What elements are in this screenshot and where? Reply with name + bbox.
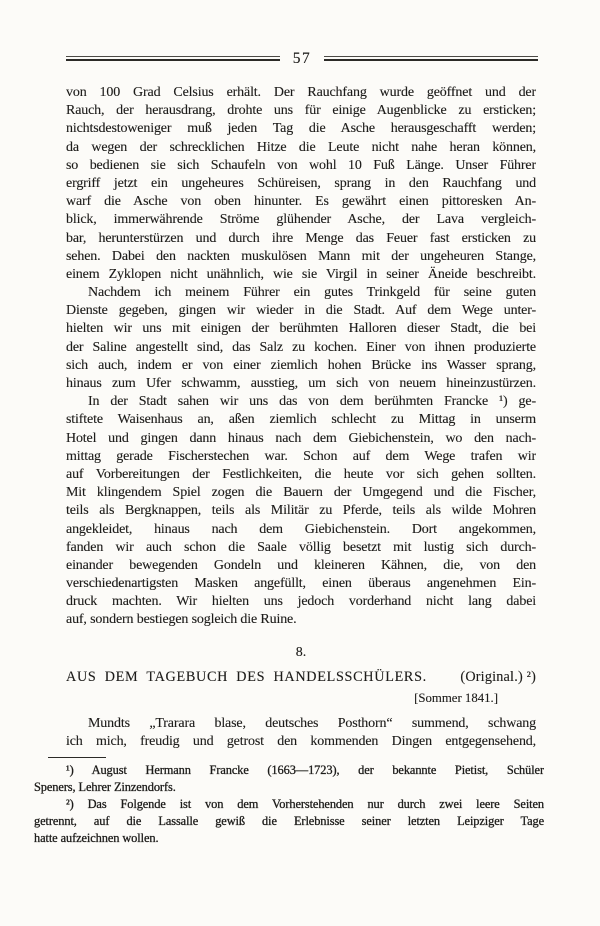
book-page: 57 von 100 Grad Celsius erhält. Der Rauc… — [0, 0, 600, 926]
section-title: AUS DEM TAGEBUCH DES HANDELSSCHÜLERS. (O… — [66, 667, 536, 687]
text-line: hielten wir uns mit einigen der berühmte… — [66, 320, 536, 338]
text-line: druck machten. Wir hielten uns jedoch vo… — [66, 593, 536, 611]
text-line: hinaus zum Ufer schwamm, ausstieg, um si… — [66, 375, 536, 393]
text-line: fanden wir auch schon die Saale völlig b… — [66, 539, 536, 557]
text-line: Hotel und gingen dann hinaus nach dem Gi… — [66, 430, 536, 448]
section-title-suffix: (Original.) ²) — [460, 667, 536, 687]
section-opening-paragraph: Mundts „Trarara blase, deutsches Posthor… — [66, 715, 536, 751]
text-line: da wegen der schrecklichen Hitze die Leu… — [66, 139, 536, 157]
text-line: einem Zyklopen nicht unähnlich, wie sie … — [66, 266, 536, 284]
text-line: Mit klingendem Spiel zogen die Bauern de… — [66, 484, 536, 502]
text-line: ¹) August Hermann Francke (1663—1723), d… — [34, 762, 544, 779]
footnote-separator-rule — [48, 757, 106, 758]
paragraph: Mundts „Trarara blase, deutsches Posthor… — [66, 715, 536, 751]
header-rule-right — [324, 56, 538, 61]
text-line: teils als Bergknappen, teils als Militär… — [66, 502, 536, 520]
body-paragraphs: von 100 Grad Celsius erhält. Der Rauchfa… — [66, 84, 536, 630]
text-line: ²) Das Folgende ist von dem Vorherstehen… — [34, 796, 544, 813]
text-line: nichtsdestoweniger muß jeden Tag die Asc… — [66, 120, 536, 138]
text-line: Rauch, der herausdrang, drohte uns für e… — [66, 102, 536, 120]
text-line: auf Vorbereitungen der Festlichkeiten, d… — [66, 466, 536, 484]
paragraph: Nachdem ich meinem Führer ein gutes Trin… — [66, 284, 536, 393]
page-number: 57 — [280, 49, 325, 68]
text-line: so bedienen sie sich Schaufeln von wohl … — [66, 157, 536, 175]
section-date: [Sommer 1841.] — [66, 690, 536, 707]
text-line: Dienste gegeben, gingen wir wieder in di… — [66, 302, 536, 320]
text-line: Mundts „Trarara blase, deutsches Posthor… — [66, 715, 536, 733]
text-line: sich auch, indem er von einer ziemlich h… — [66, 357, 536, 375]
text-line: angekleidet, hinaus nach dem Giebichenst… — [66, 521, 536, 539]
paragraph: ¹) August Hermann Francke (1663—1723), d… — [34, 762, 544, 796]
text-line: mittag gerade Fischerstechen war. Schon … — [66, 448, 536, 466]
text-line: verschiedenartigsten Masken angefüllt, e… — [66, 575, 536, 593]
text-line: warf die Asche von oben hinunter. Es gew… — [66, 193, 536, 211]
text-line: blick, immerwährende Ströme glühender As… — [66, 211, 536, 229]
running-head: 57 — [0, 0, 600, 68]
text-line: auf, sondern bestiegen sogleich die Ruin… — [66, 611, 536, 629]
header-rule-left — [66, 56, 280, 61]
text-line: von 100 Grad Celsius erhält. Der Rauchfa… — [66, 84, 536, 102]
footnotes-block: ¹) August Hermann Francke (1663—1723), d… — [34, 757, 544, 847]
text-line: In der Stadt sahen wir uns das von dem b… — [66, 393, 536, 411]
text-line: getrennt, auf die Lassalle gewiß die Erl… — [34, 813, 544, 830]
text-line: sehen. Dabei den nackten muskulösen Mann… — [66, 248, 536, 266]
paragraph: von 100 Grad Celsius erhält. Der Rauchfa… — [66, 84, 536, 284]
text-line: ergriff jetzt ein ungeheures Schüreisen,… — [66, 175, 536, 193]
text-line: stiftete Waisenhaus an, aßen ziemlich sc… — [66, 411, 536, 429]
paragraph: ²) Das Folgende ist von dem Vorherstehen… — [34, 796, 544, 847]
text-block: von 100 Grad Celsius erhält. Der Rauchfa… — [0, 68, 600, 847]
section-title-text: AUS DEM TAGEBUCH DES HANDELSSCHÜLERS. — [66, 667, 427, 687]
footnote-paragraphs: ¹) August Hermann Francke (1663—1723), d… — [34, 762, 544, 847]
text-line: hatte aufzeichnen wollen. — [34, 830, 544, 847]
section-number: 8. — [66, 644, 536, 662]
text-line: bar, herunterstürzen und durch ihre Meng… — [66, 230, 536, 248]
text-line: der Saline angestellt sind, das Salz zu … — [66, 339, 536, 357]
text-line: Nachdem ich meinem Führer ein gutes Trin… — [66, 284, 536, 302]
text-line: Speners, Lehrer Zinzendorfs. — [34, 779, 544, 796]
paragraph: In der Stadt sahen wir uns das von dem b… — [66, 393, 536, 629]
text-line: einander bewegenden Gondeln und kleinere… — [66, 557, 536, 575]
text-line: ich mich, freudig und getrost den kommen… — [66, 733, 536, 751]
